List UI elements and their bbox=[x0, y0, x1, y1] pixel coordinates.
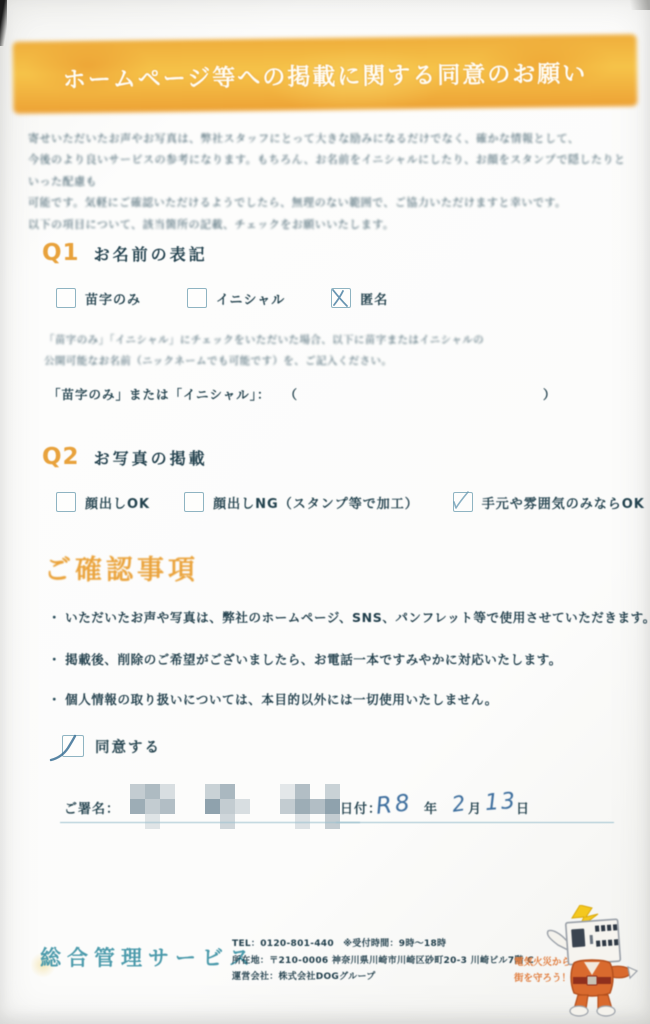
agree-checkbox-row[interactable]: 同意する bbox=[62, 735, 161, 757]
confirm-item: 個人情報の取り扱いについては、本目的以外には一切使用いたしません。 bbox=[48, 690, 498, 708]
month-unit: 月 bbox=[468, 798, 481, 817]
q1-options: 苗字のみ イニシャル 匿名 bbox=[56, 288, 388, 308]
photo-edge-artifact bbox=[0, 0, 7, 46]
checkbox-checked[interactable] bbox=[453, 492, 473, 512]
photo-edge-artifact bbox=[624, 0, 650, 10]
q2-number: Q2 bbox=[42, 444, 80, 470]
date-underline[interactable] bbox=[336, 822, 614, 823]
contact-block: TEL：0120-801-440 ※受付時間：9時～18時 所在地：〒210-0… bbox=[232, 936, 534, 986]
q1-fill-line: 「苗字のみ」または「イニシャル」： （ ） bbox=[48, 385, 557, 403]
year-unit: 年 bbox=[424, 798, 437, 817]
checkbox-label: イニシャル bbox=[216, 289, 285, 308]
checkbox-label: 手元や雰囲気のみならOK bbox=[482, 493, 645, 512]
checkbox-label: 顔出しOK bbox=[85, 493, 150, 512]
q1-heading-row: Q1 お名前の表記 bbox=[42, 240, 208, 266]
handwritten-month: 2 bbox=[450, 791, 467, 817]
checkbox-unchecked[interactable] bbox=[56, 492, 76, 512]
signature-underline[interactable] bbox=[60, 822, 360, 823]
confirm-heading: ご確認事項 bbox=[44, 548, 199, 587]
tel-line: TEL：0120-801-440 ※受付時間：9時～18時 bbox=[232, 936, 534, 953]
checkbox-checked[interactable] bbox=[62, 735, 84, 757]
checkbox-unchecked[interactable] bbox=[187, 288, 207, 308]
q1-option-initial[interactable]: イニシャル bbox=[187, 288, 285, 308]
handwritten-check-icon bbox=[451, 489, 475, 513]
signature-row: ご署名： 日付： R8 年 2 月 13 日 bbox=[64, 790, 609, 824]
q1-note-line: 公開可能なお名前（ニックネームでも可能です）を、ご記入ください。 bbox=[44, 351, 589, 372]
fill-prefix: 「苗字のみ」または「イニシャル」： bbox=[48, 385, 271, 403]
q1-option-myoji[interactable]: 苗字のみ bbox=[56, 288, 141, 308]
company-name: 総合管理サービス bbox=[40, 942, 256, 972]
intro-paragraph: 寄せいただいたお声やお写真は、弊社スタッフにとって大きな励みになるだけでなく、確… bbox=[28, 128, 626, 235]
confirm-item: いただいたお声や写真は、弊社のホームページ、SNS、パンフレット等で使用させてい… bbox=[48, 608, 650, 626]
handwritten-check-icon bbox=[329, 286, 353, 310]
q2-option-face-ng[interactable]: 顔出しNG（スタンプ等で加工） bbox=[184, 492, 419, 512]
intro-line: 以下の項目について、該当箇所の記載、チェックをお願いいたします。 bbox=[28, 214, 626, 235]
scanned-consent-form: ホームページ等への掲載に関する同意のお願い 寄せいただいたお声やお写真は、弊社ス… bbox=[0, 0, 650, 1024]
checkbox-checked[interactable] bbox=[331, 288, 351, 308]
redacted-name-mosaic bbox=[130, 784, 145, 799]
q2-heading-row: Q2 お写真の掲載 bbox=[42, 444, 208, 470]
checkbox-label: 匿名 bbox=[360, 289, 388, 308]
q2-option-face-ok[interactable]: 顔出しOK bbox=[56, 492, 150, 512]
q1-note: 「苗字のみ」「イニシャル」にチェックをいただいた場合、以下に苗字またはイニシャル… bbox=[44, 330, 589, 372]
signature-label: ご署名： bbox=[64, 798, 120, 817]
intro-line: 寄せいただいたお声やお写真は、弊社スタッフにとって大きな励みになるだけでなく、確… bbox=[28, 128, 626, 149]
q1-heading: お名前の表記 bbox=[94, 242, 208, 265]
confirm-item: 掲載後、削除のご希望がございましたら、お電話一本ですみやかに対応いたします。 bbox=[48, 650, 562, 668]
handwritten-day: 13 bbox=[484, 789, 518, 816]
checkbox-unchecked[interactable] bbox=[184, 492, 204, 512]
checkbox-unchecked[interactable] bbox=[56, 288, 76, 308]
handwritten-check-icon bbox=[47, 728, 91, 768]
close-paren: ） bbox=[543, 385, 557, 403]
intro-line: 可能です。気軽にご確認いただけるようでしたら、無理のない範囲で、ご協力いただけま… bbox=[28, 192, 626, 213]
day-unit: 日 bbox=[516, 798, 529, 817]
q1-note-line: 「苗字のみ」「イニシャル」にチェックをいただいた場合、以下に苗字またはイニシャル… bbox=[44, 330, 589, 351]
open-paren: （ bbox=[285, 385, 299, 403]
agree-label: 同意する bbox=[95, 736, 161, 757]
q1-number: Q1 bbox=[42, 240, 80, 266]
robot-mascot-illustration bbox=[540, 905, 640, 1017]
checkbox-label: 顔出しNG（スタンプ等で加工） bbox=[213, 493, 419, 512]
q2-options: 顔出しOK 顔出しNG（スタンプ等で加工） 手元や雰囲気のみならOK bbox=[56, 492, 645, 512]
page-title: ホームページ等への掲載に関する同意のお願い bbox=[13, 34, 638, 114]
handwritten-era-year: R8 bbox=[375, 790, 414, 820]
q2-option-hands-only[interactable]: 手元や雰囲気のみならOK bbox=[453, 492, 645, 512]
q2-heading: お写真の掲載 bbox=[94, 446, 208, 469]
checkbox-label: 苗字のみ bbox=[85, 289, 141, 308]
intro-line: 今後のより良いサービスの参考になります。もちろん、お名前をイニシャルにしたり、お… bbox=[28, 149, 626, 192]
q1-option-anonymous[interactable]: 匿名 bbox=[331, 288, 388, 308]
title-banner: ホームページ等への掲載に関する同意のお願い bbox=[13, 34, 638, 114]
address-line: 所在地：〒210-0006 神奈川県川崎市川崎区砂町20-3 川崎ビル7階 C bbox=[232, 953, 534, 970]
operator-line: 運営会社：株式会社DOGグループ bbox=[232, 969, 534, 986]
